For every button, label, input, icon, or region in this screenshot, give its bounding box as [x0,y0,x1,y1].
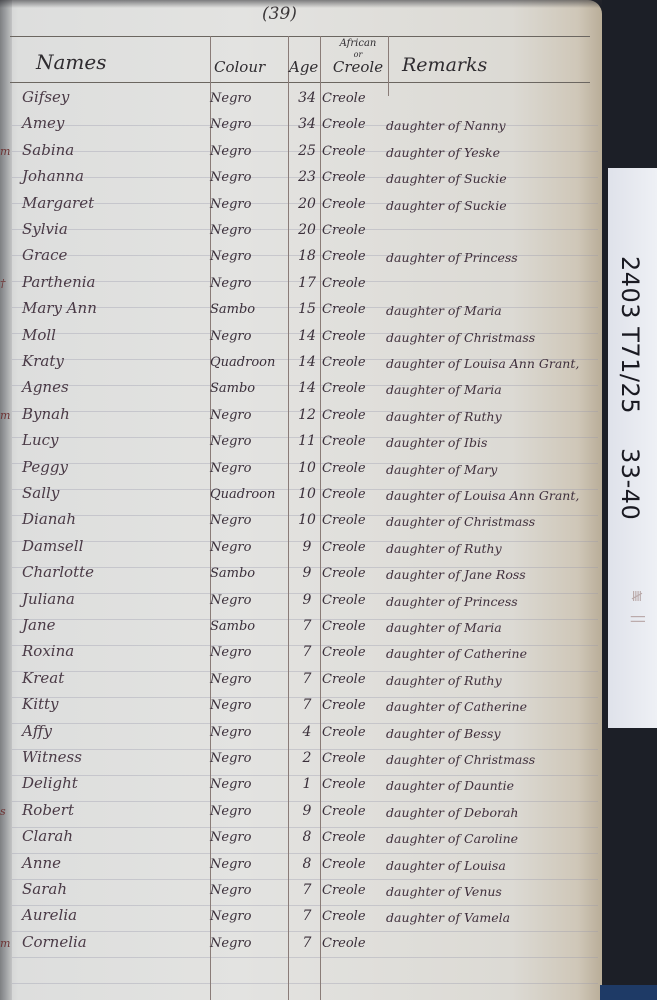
age-cell: 7 [294,671,320,687]
remark-cell: daughter of Christmass [386,330,535,345]
age-cell: 10 [294,512,320,528]
name-cell: Roxina [22,642,74,660]
tally-marks: 𝍸 || [626,586,650,624]
remark-cell: daughter of Catherine [386,646,527,661]
colour-cell: Negro [210,117,251,132]
name-cell: Moll [22,326,56,344]
origin-cell: Creole [322,540,366,555]
colour-cell: Negro [210,329,251,344]
table-row: DelightNegro1Creoledaughter of Dauntie [0,774,600,800]
column-header-colour: Colour [214,58,265,76]
age-cell: 7 [294,618,320,634]
name-cell: Kraty [22,352,64,370]
age-cell: 23 [294,169,320,185]
origin-cell: Creole [322,751,366,766]
table-row: DianahNegro10Creoledaughter of Christmas… [0,510,600,536]
age-cell: 25 [294,143,320,159]
table-row: DamsellNegro9Creoledaughter of Ruthy [0,537,600,563]
origin-cell: Creole [322,91,366,106]
colour-cell: Sambo [210,566,255,581]
age-cell: 17 [294,275,320,291]
background-object [600,985,657,1000]
remark-cell: daughter of Jane Ross [386,567,526,582]
origin-cell: Creole [322,725,366,740]
table-row: sRobertNegro9Creoledaughter of Deborah [0,801,600,827]
colour-cell: Quadroon [210,487,275,502]
colour-cell: Negro [210,883,251,898]
name-cell: Grace [22,246,67,264]
table-row: mBynahNegro12Creoledaughter of Ruthy [0,405,600,431]
remark-cell: daughter of Ruthy [386,541,502,556]
origin-cell: Creole [322,249,366,264]
age-cell: 4 [294,724,320,740]
colour-cell: Negro [210,698,251,713]
table-row: mSabinaNegro25Creoledaughter of Yeske [0,141,600,167]
colour-cell: Negro [210,434,251,449]
name-cell: Aurelia [22,906,77,924]
table-row: AureliaNegro7Creoledaughter of Vamela [0,906,600,932]
origin-cell: Creole [322,355,366,370]
remark-cell: daughter of Venus [386,884,502,899]
archive-reference: 2403 T71/2533-40 [616,256,644,520]
colour-cell: Negro [210,91,251,106]
colour-cell: Sambo [210,302,255,317]
origin-cell: Creole [322,223,366,238]
name-cell: Johanna [22,167,84,185]
remark-cell: daughter of Bessy [386,726,501,741]
column-header-remarks: Remarks [402,54,487,76]
origin-cell: Creole [322,144,366,159]
age-cell: 20 [294,196,320,212]
table-row: JohannaNegro23Creoledaughter of Suckie [0,167,600,193]
column-header-names: Names [36,50,107,74]
age-cell: 8 [294,829,320,845]
name-cell: Anne [22,854,61,872]
origin-cell: Creole [322,302,366,317]
header-top-rule [10,36,590,37]
remark-cell: daughter of Nanny [386,118,506,133]
name-cell: Amey [22,114,64,132]
origin-cell: Creole [322,830,366,845]
colour-cell: Negro [210,197,251,212]
age-cell: 9 [294,803,320,819]
origin-cell: Creole [322,408,366,423]
name-cell: Charlotte [22,563,94,581]
table-row: mCorneliaNegro7Creole [0,933,600,959]
age-cell: 10 [294,460,320,476]
table-row: KratyQuadroon14Creoledaughter of Louisa … [0,352,600,378]
colour-cell: Negro [210,223,251,238]
remark-cell: daughter of Caroline [386,831,518,846]
name-cell: Dianah [22,510,76,528]
origin-cell: Creole [322,381,366,396]
name-cell: Jane [22,616,56,634]
age-cell: 2 [294,750,320,766]
name-cell: Margaret [22,194,94,212]
page-number: (39) [262,4,297,24]
origin-cell: Creole [322,619,366,634]
colour-cell: Negro [210,461,251,476]
age-cell: 20 [294,222,320,238]
column-header-african-or-creole: African or Creole [326,38,390,73]
origin-cell: Creole [322,883,366,898]
colour-cell: Negro [210,276,251,291]
age-cell: 9 [294,539,320,555]
ledger-page: (39) Names Colour Age African or Creole … [0,0,602,1000]
name-cell: Juliana [22,590,75,608]
column-header-age: Age [289,58,318,76]
remark-cell: daughter of Christmass [386,752,535,767]
name-cell: Agnes [22,378,69,396]
name-cell: Witness [22,748,82,766]
age-cell: 7 [294,908,320,924]
remark-cell: daughter of Princess [386,250,518,265]
age-cell: 7 [294,935,320,951]
name-cell: Kreat [22,669,64,687]
name-cell: Mary Ann [22,299,97,317]
origin-cell: Creole [322,672,366,687]
name-cell: Cornelia [22,933,87,951]
table-row: RoxinaNegro7Creoledaughter of Catherine [0,642,600,668]
remark-cell: daughter of Ruthy [386,409,502,424]
table-row: ClarahNegro8Creoledaughter of Caroline [0,827,600,853]
age-cell: 7 [294,882,320,898]
colour-cell: Negro [210,804,251,819]
age-cell: 14 [294,380,320,396]
name-cell: Parthenia [22,273,96,291]
colour-cell: Sambo [210,381,255,396]
colour-cell: Negro [210,513,251,528]
table-row: SylviaNegro20Creole [0,220,600,246]
remark-cell: daughter of Suckie [386,198,507,213]
remark-cell: daughter of Maria [386,620,502,635]
origin-cell: Creole [322,170,366,185]
origin-cell: Creole [322,566,366,581]
name-cell: Lucy [22,431,59,449]
colour-cell: Negro [210,751,251,766]
age-cell: 7 [294,644,320,660]
colour-cell: Negro [210,830,251,845]
table-row: JaneSambo7Creoledaughter of Maria [0,616,600,642]
origin-cell: Creole [322,645,366,660]
origin-cell: Creole [322,513,366,528]
colour-cell: Negro [210,144,251,159]
remark-cell: daughter of Christmass [386,514,535,529]
remark-cell: daughter of Vamela [386,910,510,925]
table-row: AmeyNegro34Creoledaughter of Nanny [0,114,600,140]
remark-cell: daughter of Louisa Ann Grant, [386,356,579,371]
origin-cell: Creole [322,197,366,212]
origin-cell: Creole [322,329,366,344]
colour-cell: Negro [210,672,251,687]
name-cell: Sylvia [22,220,68,238]
archive-reference-label: 2403 T71/2533-40 𝍸 || [608,168,657,728]
colour-cell: Negro [210,909,251,924]
table-row: WitnessNegro2Creoledaughter of Christmas… [0,748,600,774]
name-cell: Sarah [22,880,67,898]
name-cell: Sabina [22,141,74,159]
margin-mark: m [0,145,10,158]
header-african: African [340,38,377,49]
origin-cell: Creole [322,804,366,819]
margin-mark: m [0,409,10,422]
age-cell: 34 [294,90,320,106]
age-cell: 9 [294,565,320,581]
age-cell: 10 [294,486,320,502]
header-bottom-rule [10,82,590,83]
colour-cell: Sambo [210,619,255,634]
colour-cell: Negro [210,170,251,185]
remark-cell: daughter of Yeske [386,145,500,160]
origin-cell: Creole [322,936,366,951]
age-cell: 7 [294,697,320,713]
colour-cell: Negro [210,408,251,423]
name-cell: Gifsey [22,88,69,106]
name-cell: Bynah [22,405,70,423]
name-cell: Damsell [22,537,83,555]
age-cell: 8 [294,856,320,872]
table-row: GifseyNegro34Creole [0,88,600,114]
name-cell: Peggy [22,458,68,476]
origin-cell: Creole [322,777,366,792]
name-cell: Kitty [22,695,59,713]
origin-cell: Creole [322,276,366,291]
archive-reference-number: 2403 T71/25 [616,256,644,414]
table-row: Mary AnnSambo15Creoledaughter of Maria [0,299,600,325]
table-row: GraceNegro18Creoledaughter of Princess [0,246,600,272]
colour-cell: Negro [210,857,251,872]
origin-cell: Creole [322,487,366,502]
colour-cell: Negro [210,593,251,608]
origin-cell: Creole [322,461,366,476]
header-creole: Creole [326,62,390,73]
table-row: AgnesSambo14Creoledaughter of Maria [0,378,600,404]
age-cell: 14 [294,354,320,370]
origin-cell: Creole [322,434,366,449]
age-cell: 9 [294,592,320,608]
name-cell: Robert [22,801,74,819]
remark-cell: daughter of Ibis [386,435,487,450]
colour-cell: Negro [210,249,251,264]
remark-cell: daughter of Louisa Ann Grant, [386,488,579,503]
origin-cell: Creole [322,698,366,713]
table-row: CharlotteSambo9Creoledaughter of Jane Ro… [0,563,600,589]
age-cell: 14 [294,328,320,344]
colour-cell: Negro [210,725,251,740]
table-row: PeggyNegro10Creoledaughter of Mary [0,458,600,484]
margin-mark: † [0,277,6,290]
archive-folio-range: 33-40 [616,448,644,520]
colour-cell: Negro [210,777,251,792]
table-row: MargaretNegro20Creoledaughter of Suckie [0,194,600,220]
table-row: AnneNegro8Creoledaughter of Louisa [0,854,600,880]
table-row: AffyNegro4Creoledaughter of Bessy [0,722,600,748]
name-cell: Clarah [22,827,73,845]
table-row: MollNegro14Creoledaughter of Christmass [0,326,600,352]
age-cell: 11 [294,433,320,449]
margin-mark: s [0,805,6,818]
remark-cell: daughter of Deborah [386,805,518,820]
name-cell: Sally [22,484,59,502]
origin-cell: Creole [322,593,366,608]
name-cell: Delight [22,774,78,792]
origin-cell: Creole [322,909,366,924]
page-shadow [0,0,602,8]
remark-cell: daughter of Dauntie [386,778,514,793]
remark-cell: daughter of Maria [386,303,502,318]
name-cell: Affy [22,722,52,740]
remark-cell: daughter of Louisa [386,858,506,873]
remark-cell: daughter of Princess [386,594,518,609]
age-cell: 15 [294,301,320,317]
margin-mark: m [0,937,10,950]
colour-cell: Quadroon [210,355,275,370]
remark-cell: daughter of Catherine [386,699,527,714]
remark-cell: daughter of Suckie [386,171,507,186]
age-cell: 34 [294,116,320,132]
colour-cell: Negro [210,645,251,660]
table-row: SarahNegro7Creoledaughter of Venus [0,880,600,906]
remark-cell: daughter of Maria [386,382,502,397]
table-row: LucyNegro11Creoledaughter of Ibis [0,431,600,457]
table-row: KreatNegro7Creoledaughter of Ruthy [0,669,600,695]
remark-cell: daughter of Ruthy [386,673,502,688]
age-cell: 12 [294,407,320,423]
age-cell: 1 [294,776,320,792]
origin-cell: Creole [322,117,366,132]
colour-cell: Negro [210,540,251,555]
table-row: JulianaNegro9Creoledaughter of Princess [0,590,600,616]
origin-cell: Creole [322,857,366,872]
table-row: †PartheniaNegro17Creole [0,273,600,299]
table-row: SallyQuadroon10Creoledaughter of Louisa … [0,484,600,510]
age-cell: 18 [294,248,320,264]
remark-cell: daughter of Mary [386,462,497,477]
colour-cell: Negro [210,936,251,951]
table-row: KittyNegro7Creoledaughter of Catherine [0,695,600,721]
